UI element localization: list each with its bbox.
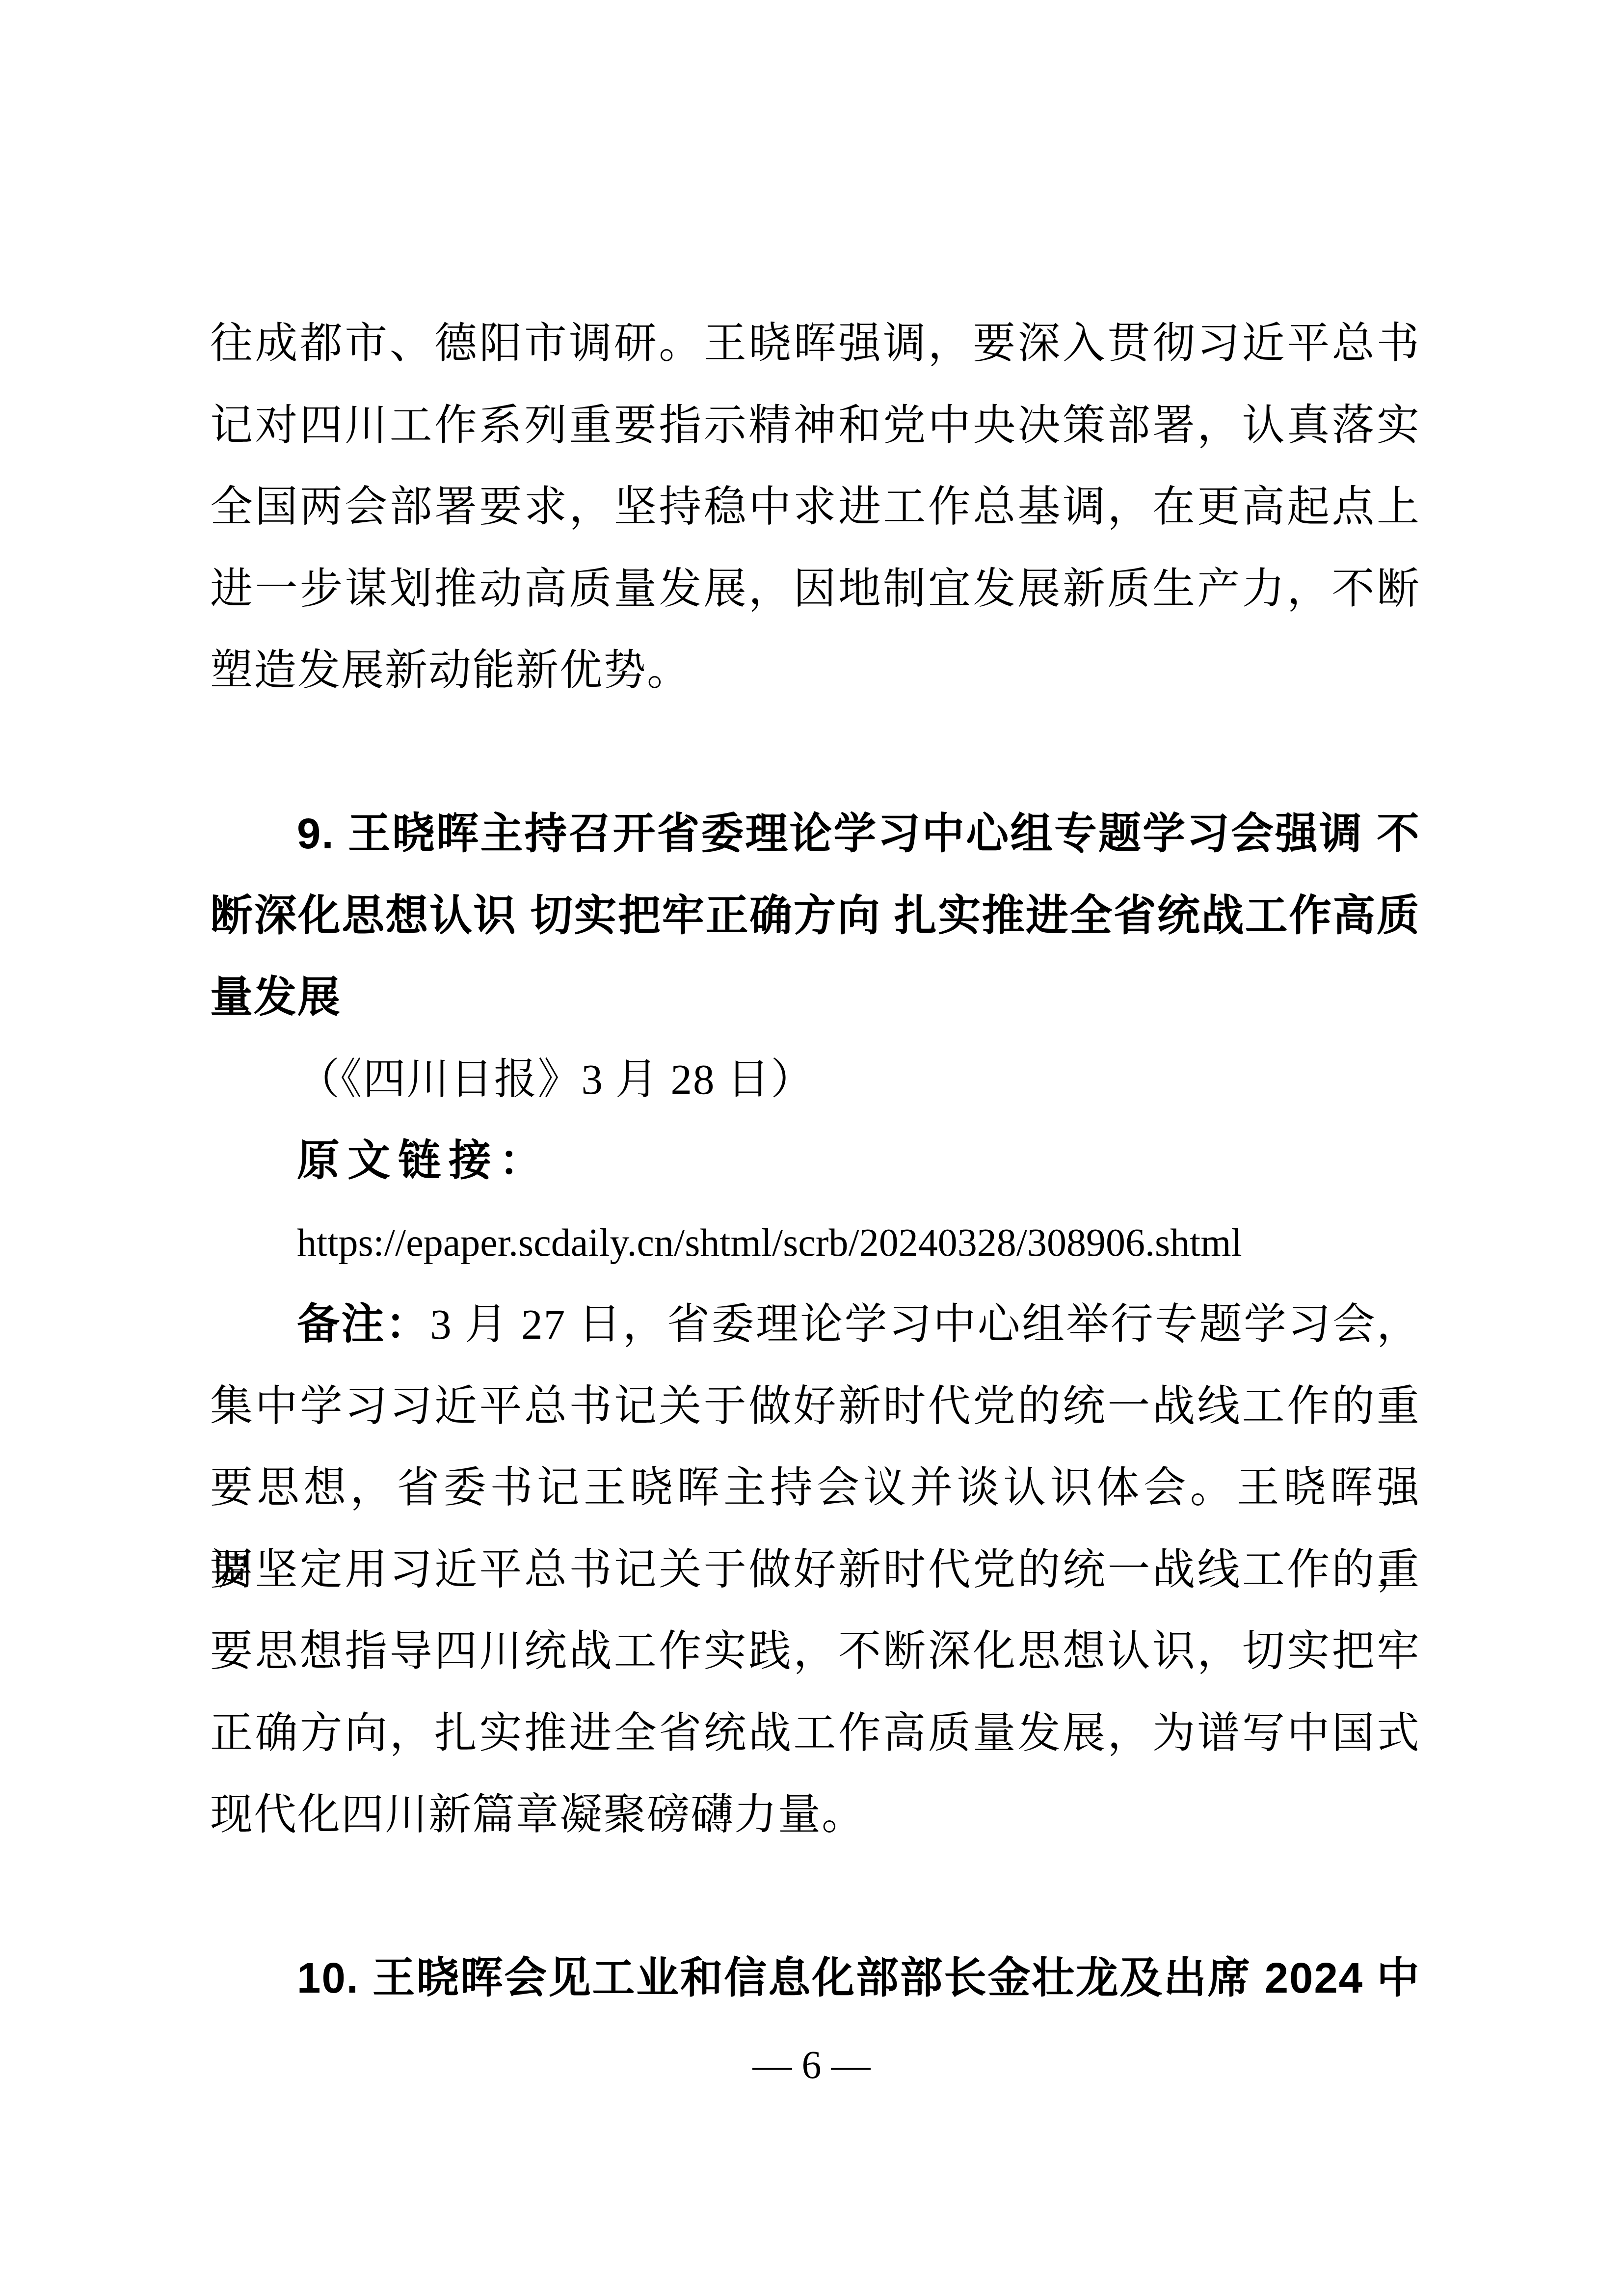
section9-note-line-7: 现代化四川新篇章凝聚磅礴力量。: [210, 1774, 1420, 1856]
note-label: 备注：: [297, 1300, 430, 1348]
document-page: 往成都市、德阳市调研。王晓晖强调，要深入贯彻习近平总书 记对四川工作系列重要指示…: [0, 0, 1623, 2296]
paragraph-line-2: 记对四川工作系列重要指示精神和党中央决策部署，认真落实: [210, 385, 1420, 467]
section9-note-line-4: 要坚定用习近平总书记关于做好新时代党的统一战线工作的重: [210, 1529, 1420, 1611]
section9-note-line-2: 集中学习习近平总书记关于做好新时代党的统一战线工作的重: [210, 1366, 1420, 1448]
blank-line: [210, 1856, 1420, 1938]
blank-line: [210, 712, 1420, 794]
section9-heading-line-2: 断深化思想认识 切实把牢正确方向 扎实推进全省统战工作高质: [210, 875, 1420, 957]
section9-heading-line-1: 9. 王晓晖主持召开省委理论学习中心组专题学习会强调 不: [210, 793, 1420, 875]
paragraph-line-1: 往成都市、德阳市调研。王晓晖强调，要深入贯彻习近平总书: [210, 303, 1420, 385]
section9-note-line-5: 要思想指导四川统战工作实践，不断深化思想认识，切实把牢: [210, 1611, 1420, 1693]
paragraph-line-3: 全国两会部署要求，坚持稳中求进工作总基调，在更高起点上: [210, 466, 1420, 548]
paragraph-line-5: 塑造发展新动能新优势。: [210, 630, 1420, 712]
section9-source-citation: （《四川日报》3 月 28 日）: [210, 1039, 1420, 1121]
section9-note-line-3: 要思想，省委书记王晓晖主持会议并谈认识体会。王晓晖强调，: [210, 1447, 1420, 1529]
section9-note-line-1: 备注：3 月 27 日，省委理论学习中心组举行专题学习会，: [210, 1284, 1420, 1366]
section10-heading-line-1: 10. 王晓晖会见工业和信息化部部长金壮龙及出席 2024 中: [210, 1938, 1420, 2020]
page-number: — 6 —: [0, 2038, 1623, 2092]
section9-link-url: https://epaper.scdaily.cn/shtml/scrb/202…: [210, 1202, 1420, 1284]
page-content: 往成都市、德阳市调研。王晓晖强调，要深入贯彻习近平总书 记对四川工作系列重要指示…: [210, 303, 1420, 2020]
note-line-1-text: 3 月 27 日，省委理论学习中心组举行专题学习会，: [430, 1300, 1420, 1348]
section9-link-label: 原文链接：: [210, 1120, 1420, 1202]
section9-heading-line-3: 量发展: [210, 957, 1420, 1039]
section9-note-line-6: 正确方向，扎实推进全省统战工作高质量发展，为谱写中国式: [210, 1693, 1420, 1775]
paragraph-line-4: 进一步谋划推动高质量发展，因地制宜发展新质生产力，不断: [210, 548, 1420, 630]
